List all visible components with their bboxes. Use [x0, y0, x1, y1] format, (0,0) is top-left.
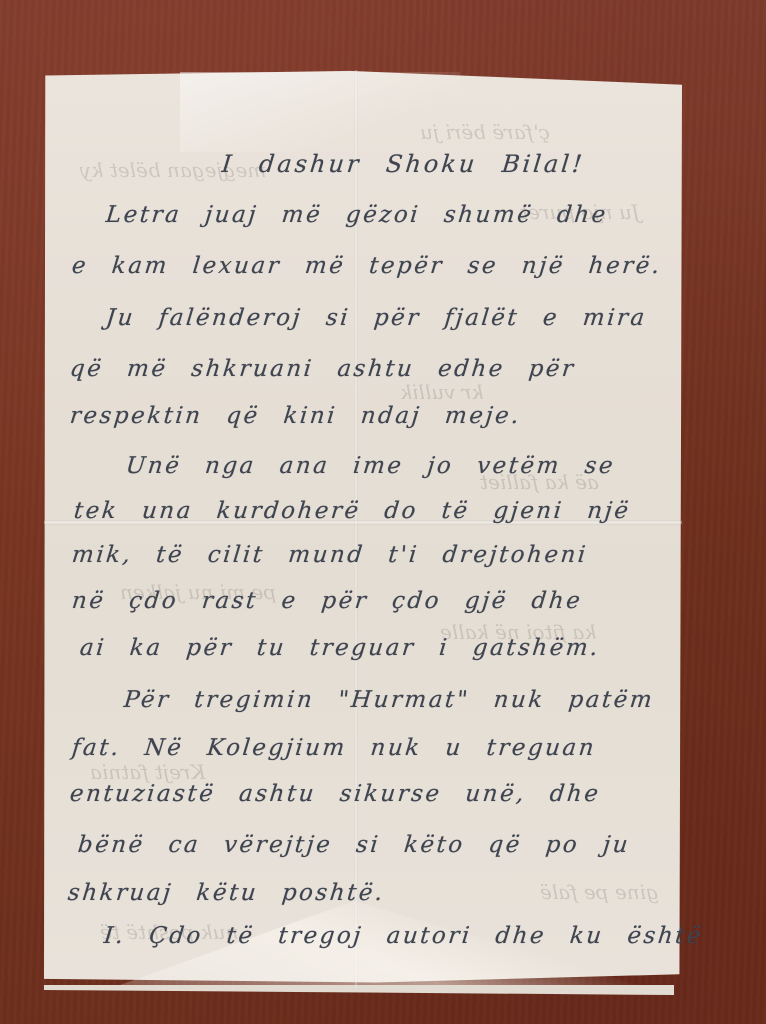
letter-line: ai ka për tu treguar i gatshëm. [79, 635, 602, 661]
handwritten-letter: I dashur Shoku Bilal! Letra juaj më gëzo… [44, 70, 682, 988]
letter-line: e kam lexuar më tepër se një herë. [71, 253, 663, 279]
letter-line: Letra juaj më gëzoi shumë dhe [105, 202, 609, 228]
letter-line: Unë nga ana ime jo vetëm se [125, 453, 617, 479]
letter-salutation: I dashur Shoku Bilal! [221, 150, 587, 178]
letter-line: entuziastë ashtu sikurse unë, dhe [69, 781, 602, 807]
letter-line: në çdo rast e për çdo gjë dhe [71, 588, 584, 614]
letter-line: respektin që kini ndaj meje. [69, 403, 523, 429]
letter-line: që më shkruani ashtu edhe për [69, 356, 577, 382]
letter-line: shkruaj këtu poshtë. [67, 880, 387, 906]
letter-line: bënë ca vërejtje si këto që po ju [77, 832, 632, 858]
letter-line: fat. Në Kolegjium nuk u treguan [71, 735, 598, 761]
letter-line: Ju falënderoj si për fjalët e mira [105, 305, 648, 331]
letter-line: tek una kurdoherë do të gjeni një [73, 498, 632, 524]
letter-line: Për tregimin "Hurmat" nuk patëm [123, 687, 656, 713]
letter-line: I. Çdo të tregoj autori dhe ku është [103, 923, 705, 949]
letter-line: mik, të cilit mund t'i drejtoheni [71, 542, 589, 568]
